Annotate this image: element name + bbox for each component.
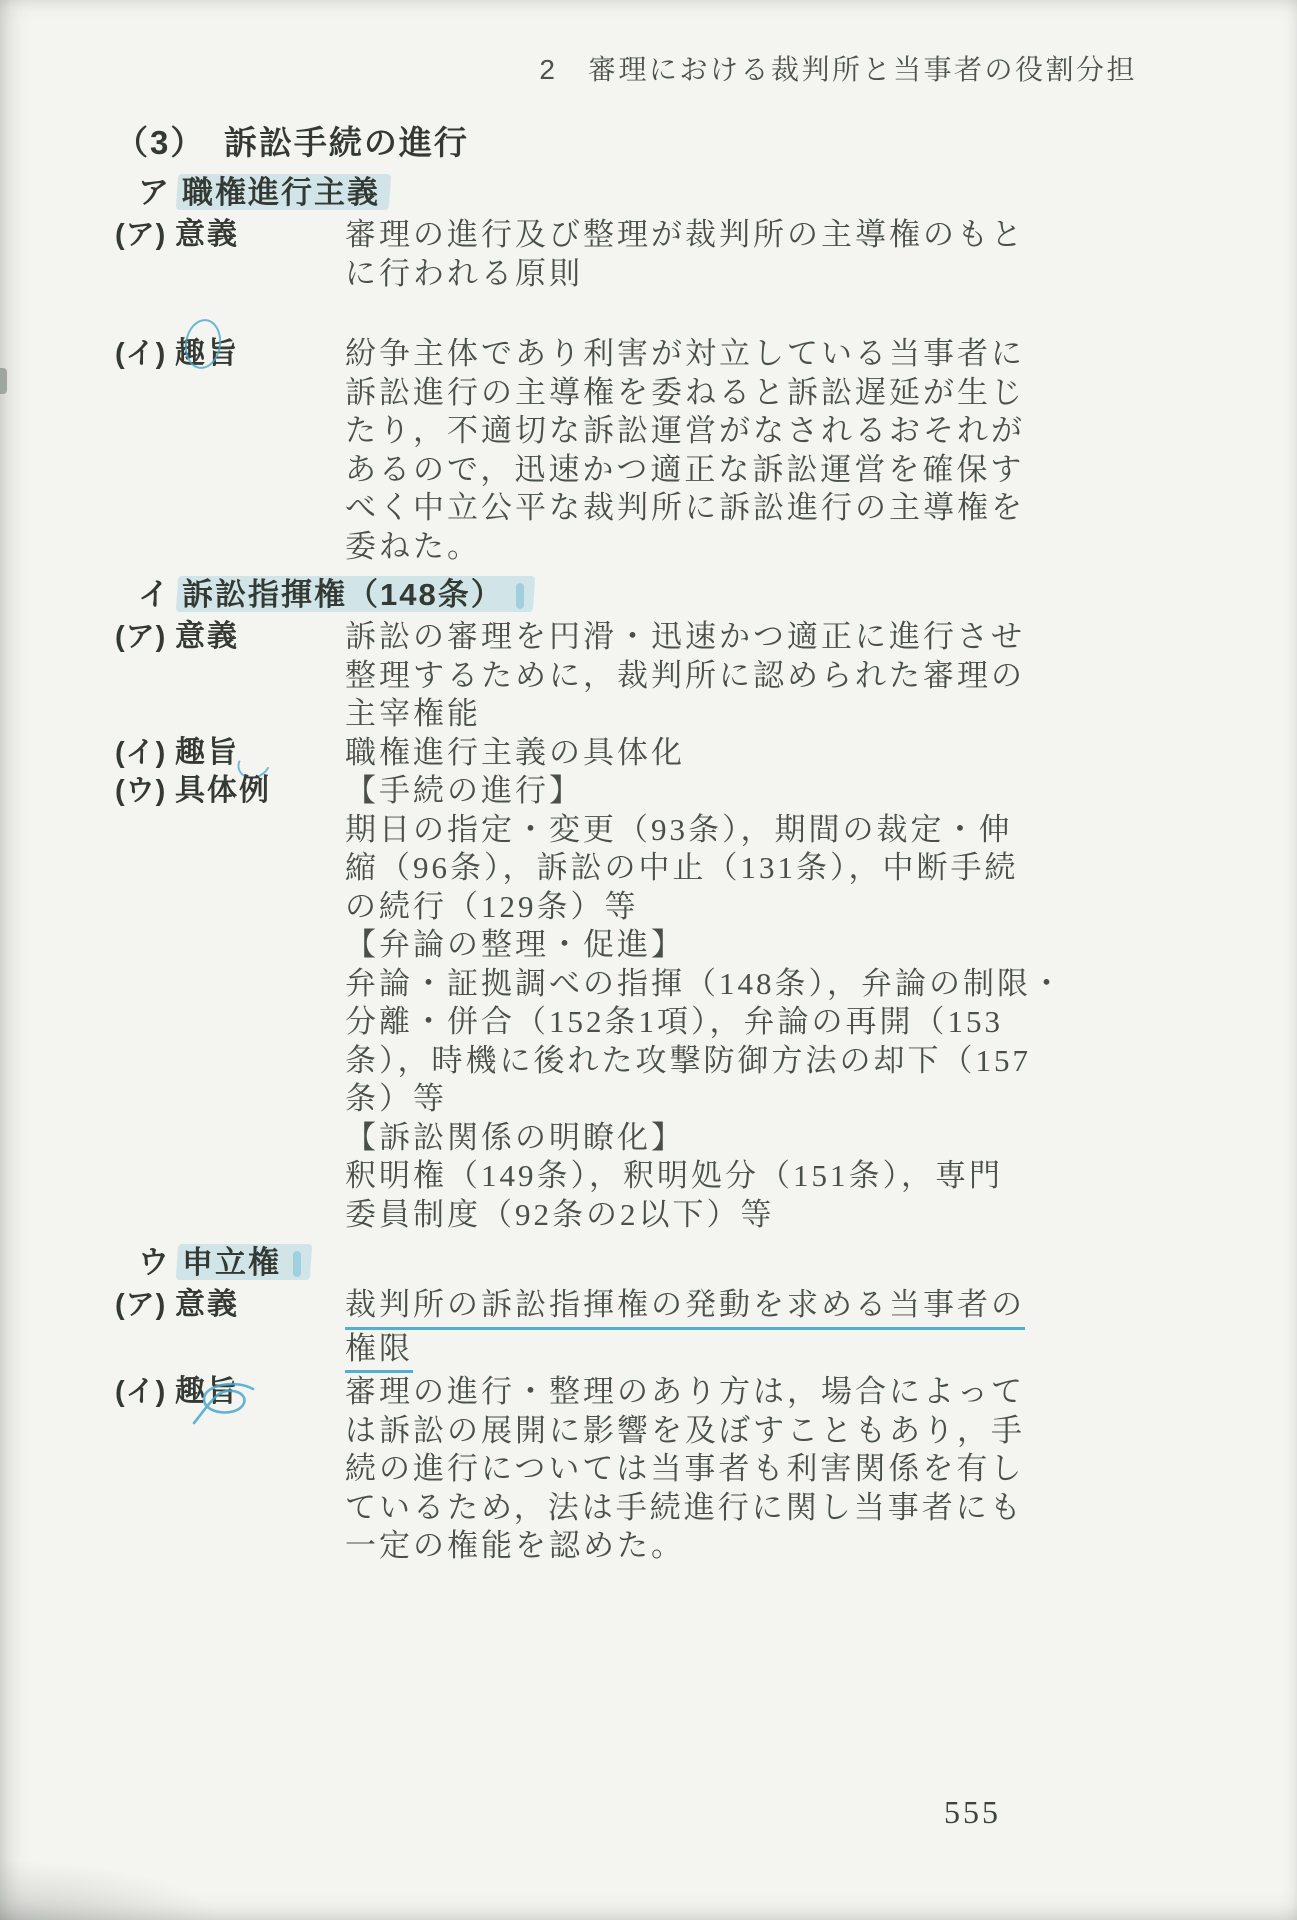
item-body: 職権進行主義の具体化: [345, 734, 1055, 773]
highlighted-heading-text: 申立権: [182, 1245, 301, 1280]
body-line: 縮（96条），訴訟の中止（131条），中断手続: [345, 849, 1055, 888]
definition-row: (イ) 趣旨 紛争主体であり利害が対立している当事者に 訴訟進行の主導権を委ねる…: [0, 335, 1297, 566]
item-body: 紛争主体であり利害が対立している当事者に 訴訟進行の主導権を委ねると訴訟遅延が生…: [345, 335, 1055, 566]
item-label: 趣旨: [175, 1373, 345, 1412]
body-line: 裁判所の訴訟指揮権の発動を求める当事者の: [345, 1286, 1055, 1330]
item-body: 【手続の進行】 期日の指定・変更（93条），期間の裁定・伸 縮（96条），訴訟の…: [345, 772, 1055, 1234]
highlighted-heading-text: 職権進行主義: [182, 175, 380, 210]
body-line: 【弁論の整理・促進】: [345, 926, 1055, 965]
body-line: 紛争主体であり利害が対立している当事者に: [345, 335, 1055, 374]
body-line: 委員制度（92条の2以下）等: [345, 1196, 1055, 1235]
item-marker: (イ): [115, 335, 175, 374]
body-line: 条），時機に後れた攻撃防御方法の却下（157: [345, 1042, 1055, 1081]
body-line: ているため，法は手続進行に関し当事者にも: [345, 1489, 1055, 1528]
item-marker: (イ): [115, 734, 175, 773]
body-line: 主宰権能: [345, 695, 1055, 734]
body-line: 分離・併合（152条1項），弁論の再開（153: [345, 1003, 1055, 1042]
item-body: 裁判所の訴訟指揮権の発動を求める当事者の 権限: [345, 1286, 1055, 1373]
body-line: 審理の進行・整理のあり方は，場合によって: [345, 1373, 1055, 1412]
page-content: （3） 訴訟手続の進行 ア職権進行主義 (ア) 意義 審理の進行及び整理が裁判所…: [0, 112, 1297, 1566]
item-body: 訴訟の審理を円滑・迅速かつ適正に進行させ 整理するために，裁判所に認められた審理…: [345, 618, 1055, 734]
section-title: （3） 訴訟手続の進行: [0, 112, 1297, 166]
body-line: あるので，迅速かつ適正な訴訟運営を確保す: [345, 451, 1055, 490]
heading-kana: ウ: [138, 1240, 182, 1286]
item-marker: (ア): [115, 216, 175, 255]
body-line: べく中立公平な裁判所に訴訟進行の主導権を: [345, 489, 1055, 528]
item-label: 趣旨: [175, 734, 345, 773]
body-line: 委ねた。: [345, 528, 1055, 567]
body-line: 訴訟の審理を円滑・迅速かつ適正に進行させ: [345, 618, 1055, 657]
body-line: 職権進行主義の具体化: [345, 734, 1055, 773]
running-header: 2 審理における裁判所と当事者の役割分担: [539, 48, 1137, 88]
item-label: 具体例: [175, 772, 345, 811]
definition-row: (イ) 趣旨 審理の進行・整理のあり方は，場合によって は訴訟の展開に影響を及ぼ…: [0, 1373, 1297, 1566]
definition-row: (イ) 趣旨 職権進行主義の具体化: [0, 734, 1297, 773]
body-line: 【訴訟関係の明瞭化】: [345, 1119, 1055, 1158]
body-line: 整理するために，裁判所に認められた審理の: [345, 657, 1055, 696]
scan-corner-shadow: [0, 1860, 220, 1920]
item-label: 趣旨: [175, 335, 345, 374]
body-line: 権限: [345, 1330, 1055, 1374]
body-line: に行われる原則: [345, 255, 1055, 294]
body-line: 弁論・証拠調べの指揮（148条），弁論の制限・: [345, 965, 1055, 1004]
heading-u: ウ申立権: [0, 1240, 1297, 1286]
item-marker: (イ): [115, 1373, 175, 1412]
item-label: 意義: [175, 1286, 345, 1325]
body-line: 【手続の進行】: [345, 772, 1055, 811]
page-number: 555: [944, 1794, 1001, 1831]
definition-row: (ア) 意義 審理の進行及び整理が裁判所の主導権のもと に行われる原則: [0, 216, 1297, 293]
heading-i: イ訴訟指揮権（148条）: [0, 572, 1297, 618]
definition-row: (ア) 意義 裁判所の訴訟指揮権の発動を求める当事者の 権限: [0, 1286, 1297, 1373]
item-marker: (ア): [115, 618, 175, 657]
book-page: 2 審理における裁判所と当事者の役割分担 （3） 訴訟手続の進行 ア職権進行主義…: [0, 0, 1297, 1920]
item-body: 審理の進行及び整理が裁判所の主導権のもと に行われる原則: [345, 216, 1055, 293]
highlighted-heading-text: 訴訟指揮権（148条）: [182, 577, 524, 612]
body-line: 期日の指定・変更（93条），期間の裁定・伸: [345, 811, 1055, 850]
body-line: 審理の進行及び整理が裁判所の主導権のもと: [345, 216, 1055, 255]
body-line: 釈明権（149条），釈明処分（151条），専門: [345, 1157, 1055, 1196]
item-label: 意義: [175, 216, 345, 255]
item-label: 意義: [175, 618, 345, 657]
item-label-text: 趣旨: [175, 736, 239, 769]
heading-a: ア職権進行主義: [0, 170, 1297, 216]
body-line: 条）等: [345, 1080, 1055, 1119]
definition-row: (ア) 意義 訴訟の審理を円滑・迅速かつ適正に進行させ 整理するために，裁判所に…: [0, 618, 1297, 734]
definition-row: (ウ) 具体例 【手続の進行】 期日の指定・変更（93条），期間の裁定・伸 縮（…: [0, 772, 1297, 1234]
heading-kana: ア: [138, 170, 182, 216]
item-body: 審理の進行・整理のあり方は，場合によって は訴訟の展開に影響を及ぼすこともあり，…: [345, 1373, 1055, 1566]
pen-swirl-annotation: [189, 1381, 267, 1429]
body-line: 一定の権能を認めた。: [345, 1527, 1055, 1566]
pen-underlined-text: 権限: [345, 1330, 413, 1374]
body-line: の続行（129条）等: [345, 888, 1055, 927]
body-line: は訴訟の展開に影響を及ぼすこともあり，手: [345, 1412, 1055, 1451]
body-line: 続の進行については当事者も利害関係を有し: [345, 1450, 1055, 1489]
item-marker: (ウ): [115, 772, 175, 811]
item-marker: (ア): [115, 1286, 175, 1325]
pen-underlined-text: 裁判所の訴訟指揮権の発動を求める当事者の: [345, 1286, 1025, 1330]
body-line: 訴訟進行の主導権を委ねると訴訟遅延が生じ: [345, 374, 1055, 413]
heading-kana: イ: [138, 572, 182, 618]
body-line: たり，不適切な訴訟運営がなされるおそれが: [345, 412, 1055, 451]
